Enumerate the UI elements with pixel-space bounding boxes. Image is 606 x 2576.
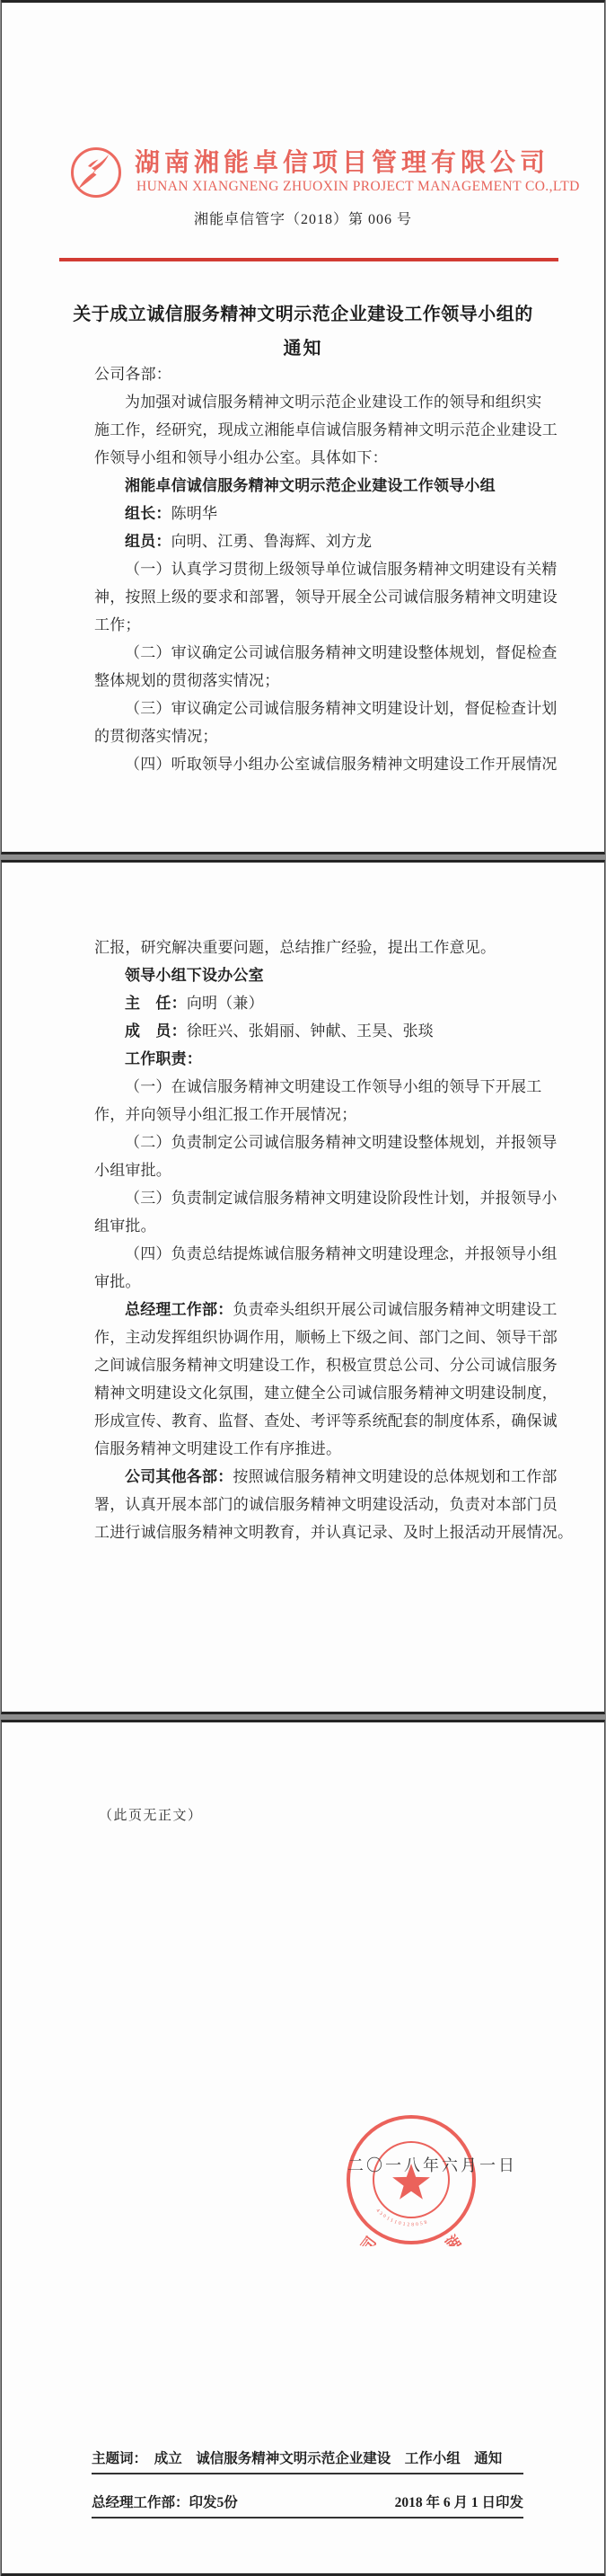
text-segment: 陈明华 xyxy=(171,505,218,522)
text-line: 领导小组下设办公室 xyxy=(94,961,527,989)
text-segment: 精神文明建设文化氛围，建立健全公司诚信服务精神文明建设制度， xyxy=(94,1385,558,1402)
text-segment: 向明（兼） xyxy=(187,995,264,1012)
body-text-page1: 公司各部：为加强对诚信服务精神文明示范企业建设工作的领导和组织实施工作，经研究，… xyxy=(94,360,527,778)
text-line: （一）认真学习贯彻上级领导单位诚信服务精神文明建设有关精 xyxy=(94,555,527,583)
text-segment-bold: 湘能卓信诚信服务精神文明示范企业建设工作领导小组 xyxy=(125,477,496,494)
text-line: 作，并向领导小组汇报工作开展情况； xyxy=(94,1101,527,1129)
text-segment: 署，认真开展本部门的诚信服务精神文明建设活动，负责对本部门员 xyxy=(94,1496,558,1513)
text-segment: 之间诚信服务精神文明建设工作，积极宣贯总公司、分公司诚信服务 xyxy=(94,1357,558,1374)
text-line: 施工作，经研究，现成立湘能卓信诚信服务精神文明示范企业建设工 xyxy=(94,416,527,444)
text-line: （三）审议确定公司诚信服务精神文明建设计划，督促检查计划 xyxy=(94,695,527,722)
document-title-line2: 通知 xyxy=(2,333,604,359)
text-line: 组员：向明、江勇、鲁海辉、刘方龙 xyxy=(94,527,527,555)
text-line: 署，认真开展本部门的诚信服务精神文明建设活动，负责对本部门员 xyxy=(94,1491,527,1518)
text-segment: 施工作，经研究，现成立湘能卓信诚信服务精神文明示范企业建设工 xyxy=(94,421,558,438)
text-line: 审批。 xyxy=(94,1268,527,1296)
text-segment: （三）负责制定诚信服务精神文明建设阶段性计划，并报领导小 xyxy=(125,1190,558,1207)
text-segment: 的贯彻落实情况； xyxy=(94,728,218,745)
document-title-line1: 关于成立诚信服务精神文明示范企业建设工作领导小组的 xyxy=(2,299,604,325)
text-line: 作领导小组和领导小组办公室。具体如下： xyxy=(94,444,527,472)
text-line: 为加强对诚信服务精神文明示范企业建设工作的领导和组织实 xyxy=(94,388,527,416)
scanned-document: 湖南湘能卓信项目管理有限公司 HUNAN XIANGNENG ZHUOXIN P… xyxy=(0,0,606,2576)
text-line: （二）负责制定公司诚信服务精神文明建设整体规划，并报领导 xyxy=(94,1129,527,1156)
header-divider xyxy=(59,258,558,261)
text-segment: （一）在诚信服务精神文明建设工作领导小组的领导下开展工 xyxy=(125,1078,541,1095)
text-line: 组长：陈明华 xyxy=(94,500,527,527)
issue-date: 二〇一八年六月一日 xyxy=(347,2153,517,2176)
text-segment: 组审批。 xyxy=(94,1217,156,1235)
text-line: 神，按照上级的要求和部署，领导开展全公司诚信服务精神文明建设 xyxy=(94,583,527,611)
text-segment: 神，按照上级的要求和部署，领导开展全公司诚信服务精神文明建设 xyxy=(94,589,558,606)
company-seal-stamp: 湖南湘能卓信项目管理有限公司 HUNAN XIANGNENG ZHUOXIN P… xyxy=(345,2113,478,2246)
text-line: 信服务精神文明建设工作有序推进。 xyxy=(94,1435,527,1463)
text-segment-bold: 组员： xyxy=(125,533,171,550)
text-segment: （二）负责制定公司诚信服务精神文明建设整体规划，并报领导 xyxy=(125,1134,558,1151)
page-3: （此页无正文） 湖南湘能卓信项目管理有限公司 HUNAN XIANGNENG Z… xyxy=(1,1720,605,2576)
text-segment: 小组审批。 xyxy=(94,1162,171,1179)
text-segment: 徐旺兴、张娟丽、钟献、王昊、张琰 xyxy=(187,1022,434,1040)
text-segment: （二）审议确定公司诚信服务精神文明建设整体规划，督促检查 xyxy=(125,644,558,661)
text-line: 公司各部： xyxy=(94,360,527,388)
text-line: 工作职责： xyxy=(94,1045,527,1073)
svg-text:4301110128058: 4301110128058 xyxy=(374,2208,429,2227)
text-segment: 为加强对诚信服务精神文明示范企业建设工作的领导和组织实 xyxy=(125,394,541,411)
text-line: （四）听取领导小组办公室诚信服务精神文明建设工作开展情况 xyxy=(94,750,527,778)
text-segment-bold: 工作职责： xyxy=(125,1050,202,1067)
page-2: 汇报，研究解决重要问题，总结推广经验，提出工作意见。领导小组下设办公室主 任：向… xyxy=(1,860,605,1714)
text-segment-bold: 主 任： xyxy=(125,995,187,1012)
text-line: （四）负责总结提炼诚信服务精神文明建设理念，并报领导小组 xyxy=(94,1240,527,1268)
text-segment: （四）听取领导小组办公室诚信服务精神文明建设工作开展情况 xyxy=(125,756,558,773)
text-line: 湘能卓信诚信服务精神文明示范企业建设工作领导小组 xyxy=(94,472,527,500)
text-segment: 公司各部： xyxy=(94,366,171,383)
text-segment-bold: 组长： xyxy=(125,505,171,522)
text-segment: 作，并向领导小组汇报工作开展情况； xyxy=(94,1106,356,1123)
text-segment: 工作； xyxy=(94,616,141,633)
body-text-page2: 汇报，研究解决重要问题，总结推广经验，提出工作意见。领导小组下设办公室主 任：向… xyxy=(94,934,527,1546)
text-line: （三）负责制定诚信服务精神文明建设阶段性计划，并报领导小 xyxy=(94,1184,527,1212)
print-date: 2018 年 6 月 1 日印发 xyxy=(395,2494,523,2512)
page-1: 湖南湘能卓信项目管理有限公司 HUNAN XIANGNENG ZHUOXIN P… xyxy=(1,0,605,854)
document-footer: 主题词： 成立 诚信服务精神文明示范企业建设 工作小组 通知 总经理工作部：印发… xyxy=(92,2450,523,2518)
text-segment-bold: 领导小组下设办公室 xyxy=(125,967,264,984)
text-segment-bold: 公司其他各部： xyxy=(125,1468,233,1485)
text-segment: 工进行诚信服务精神文明教育，并认真记录、及时上报活动开展情况。 xyxy=(94,1524,573,1541)
text-segment: 整体规划的贯彻落实情况； xyxy=(94,672,279,689)
text-line: 组审批。 xyxy=(94,1212,527,1240)
seal-registration-code: 4301110128058 xyxy=(374,2208,429,2227)
text-line: 总经理工作部：负责牵头组织开展公司诚信服务精神文明建设工 xyxy=(94,1296,527,1323)
text-segment: 作领导小组和领导小组办公室。具体如下： xyxy=(94,449,388,466)
text-segment: 信服务精神文明建设工作有序推进。 xyxy=(94,1440,341,1457)
text-line: 形成宣传、教育、监督、查处、考评等系统配套的制度体系，确保诚 xyxy=(94,1407,527,1435)
text-line: （二）审议确定公司诚信服务精神文明建设整体规划，督促检查 xyxy=(94,639,527,667)
issue-line: 总经理工作部：印发5份 2018 年 6 月 1 日印发 xyxy=(92,2494,523,2518)
text-segment: 汇报，研究解决重要问题，总结推广经验，提出工作意见。 xyxy=(94,939,496,956)
text-line: 公司其他各部：按照诚信服务精神文明建设的总体规划和工作部 xyxy=(94,1463,527,1491)
text-line: 整体规划的贯彻落实情况； xyxy=(94,667,527,695)
text-line: 工作； xyxy=(94,611,527,639)
text-segment: 形成宣传、教育、监督、查处、考评等系统配套的制度体系，确保诚 xyxy=(94,1412,558,1430)
text-segment: （三）审议确定公司诚信服务精神文明建设计划，督促检查计划 xyxy=(125,700,558,717)
text-segment: 向明、江勇、鲁海辉、刘方龙 xyxy=(171,533,373,550)
text-line: 小组审批。 xyxy=(94,1156,527,1184)
issuing-department: 总经理工作部：印发5份 xyxy=(92,2494,238,2512)
company-logo-icon xyxy=(70,146,122,199)
text-segment: 审批。 xyxy=(94,1273,141,1290)
text-line: 汇报，研究解决重要问题，总结推广经验，提出工作意见。 xyxy=(94,934,527,961)
company-name-cn: 湖南湘能卓信项目管理有限公司 xyxy=(135,143,549,179)
text-segment: （一）认真学习贯彻上级领导单位诚信服务精神文明建设有关精 xyxy=(125,561,558,578)
text-segment-bold: 成 员： xyxy=(125,1022,187,1040)
text-segment: 作，主动发挥组织协调作用，顺畅上下级之间、部门之间、领导干部 xyxy=(94,1329,558,1346)
text-line: 工进行诚信服务精神文明教育，并认真记录、及时上报活动开展情况。 xyxy=(94,1518,527,1546)
text-line: 主 任：向明（兼） xyxy=(94,989,527,1017)
text-segment-bold: 总经理工作部： xyxy=(125,1301,233,1318)
document-number: 湘能卓信管字（2018）第 006 号 xyxy=(2,208,604,228)
text-segment: 负责牵头组织开展公司诚信服务精神文明建设工 xyxy=(233,1301,557,1318)
text-line: 成 员：徐旺兴、张娟丽、钟献、王昊、张琰 xyxy=(94,1017,527,1045)
text-segment: （四）负责总结提炼诚信服务精神文明建设理念，并报领导小组 xyxy=(125,1245,558,1262)
text-line: 的贯彻落实情况； xyxy=(94,722,527,750)
text-segment: 按照诚信服务精神文明建设的总体规划和工作部 xyxy=(233,1468,557,1485)
no-text-note: （此页无正文） xyxy=(99,1805,203,1824)
keywords-line: 主题词： 成立 诚信服务精神文明示范企业建设 工作小组 通知 xyxy=(92,2450,523,2474)
text-line: （一）在诚信服务精神文明建设工作领导小组的领导下开展工 xyxy=(94,1073,527,1101)
text-line: 精神文明建设文化氛围，建立健全公司诚信服务精神文明建设制度， xyxy=(94,1379,527,1407)
company-name-en: HUNAN XIANGNENG ZHUOXIN PROJECT MANAGEME… xyxy=(136,179,580,195)
text-line: 之间诚信服务精神文明建设工作，积极宣贯总公司、分公司诚信服务 xyxy=(94,1351,527,1379)
text-line: 作，主动发挥组织协调作用，顺畅上下级之间、部门之间、领导干部 xyxy=(94,1323,527,1351)
